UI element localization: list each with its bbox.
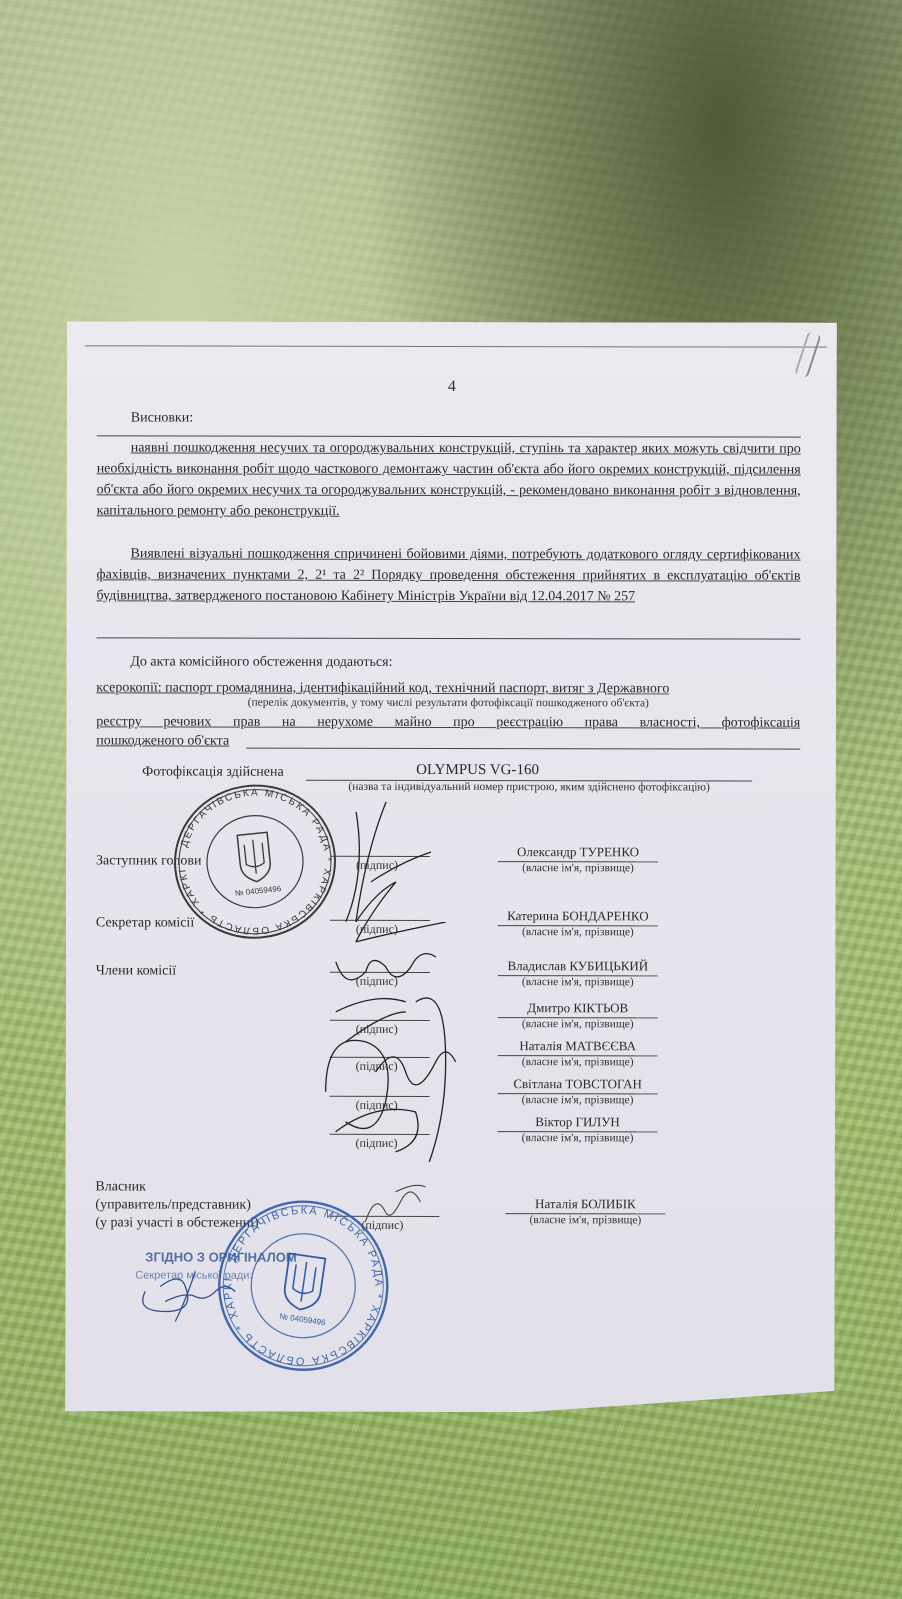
signatory-name: Катерина БОНДАРЕНКО: [498, 908, 658, 926]
signature-line: [330, 972, 430, 973]
svg-text:ДЕРГАЧІВСЬКА МІСЬКА РАДА * ХАР: ДЕРГАЧІВСЬКА МІСЬКА РАДА * ХАРКІВСЬКА ОБ…: [162, 773, 340, 944]
signatory-3: Дмитро КІКТЬОВ (власне ім'я, прізвище): [498, 1000, 658, 1030]
name-caption: (власне ім'я, прізвище): [498, 1056, 658, 1068]
name-caption: (власне ім'я, прізвище): [498, 976, 658, 988]
conclusions-heading: Висновки:: [131, 407, 193, 428]
svg-text:№ 04059496: № 04059496: [234, 884, 282, 898]
name-caption: (власне ім'я, прізвище): [498, 1132, 658, 1144]
signature-caption: (підпис): [356, 974, 398, 989]
svg-text:№ 04059496: № 04059496: [279, 1312, 327, 1328]
staple-icon: [794, 332, 821, 378]
signatory-name: Світлана ТОВСТОГАН: [498, 1076, 658, 1094]
signature-caption: (підпис): [356, 1022, 398, 1037]
signature-caption: (підпис): [356, 922, 398, 937]
signatory-5: Світлана ТОВСТОГАН (власне ім'я, прізвищ…: [498, 1076, 658, 1106]
signatory-0: Олександр ТУРЕНКО (власне ім'я, прізвище…: [498, 844, 658, 874]
photo-device: OLYMPUS VG-160: [416, 760, 539, 781]
name-caption: (власне ім'я, прізвище): [505, 1214, 665, 1226]
conclusions-paragraph-2: Виявлені візуальні пошкодження спричинен…: [96, 543, 800, 607]
official-stamp-black: ДЕРГАЧІВСЬКА МІСЬКА РАДА * ХАРКІВСЬКА ОБ…: [162, 773, 348, 950]
signature-caption: (підпис): [356, 1098, 398, 1113]
owner-name: Наталія БОЛИБІК: [505, 1196, 665, 1214]
document-page: 4 Висновки: наявні пошкодження несучих т…: [65, 321, 837, 1412]
signatory-4: Наталія МАТВЄЄВА (власне ім'я, прізвище): [498, 1038, 658, 1068]
signature-line: [330, 1134, 430, 1135]
signature-caption: (підпис): [356, 1136, 398, 1151]
attachments-heading: До акта комісійного обстеження додаються…: [130, 651, 392, 672]
divider: [246, 748, 800, 750]
photo-caption: (назва та індивідуальний номер пристрою,…: [306, 781, 752, 794]
signatory-name: Віктор ГИЛУН: [498, 1114, 658, 1132]
attachments-line-3: пошкодженого об'єкта: [96, 730, 229, 751]
svg-text:ДЕРГАЧІВСЬКА МІСЬКА РАДА * ХАР: ДЕРГАЧІВСЬКА МІСЬКА РАДА * ХАРКІВСЬКА ОБ…: [204, 1186, 398, 1377]
signatory-1: Катерина БОНДАРЕНКО (власне ім'я, прізви…: [498, 908, 658, 938]
owner-signatory: Наталія БОЛИБІК (власне ім'я, прізвище): [505, 1196, 665, 1226]
signatory-name: Наталія МАТВЄЄВА: [498, 1038, 658, 1056]
signatory-6: Віктор ГИЛУН (власне ім'я, прізвище): [498, 1114, 658, 1144]
name-caption: (власне ім'я, прізвище): [498, 862, 658, 874]
divider: [96, 637, 800, 639]
signatory-name: Дмитро КІКТЬОВ: [498, 1000, 658, 1018]
signature-line: [330, 1096, 430, 1097]
owner-role-line-1: Власник: [95, 1179, 146, 1195]
signature-line: [330, 856, 430, 857]
page-number: 4: [67, 377, 837, 396]
attachments-caption: (перелік документів, у тому числі резуль…: [96, 696, 800, 709]
conclusions-paragraph-1: наявні пошкодження несучих та огороджува…: [97, 437, 801, 522]
signatory-name: Олександр ТУРЕНКО: [498, 844, 658, 862]
header-rule: [85, 345, 827, 347]
role-members: Члени комісії: [96, 963, 176, 979]
signatory-2: Владислав КУБИЦЬКИЙ (власне ім'я, прізви…: [498, 958, 658, 988]
official-stamp-blue: ДЕРГАЧІВСЬКА МІСЬКА РАДА * ХАРКІВСЬКА ОБ…: [204, 1186, 403, 1385]
name-caption: (власне ім'я, прізвище): [498, 1018, 658, 1030]
signature-line: [330, 1020, 430, 1021]
signature-line: [330, 1057, 430, 1058]
name-caption: (власне ім'я, прізвище): [498, 1094, 658, 1106]
signatory-name: Владислав КУБИЦЬКИЙ: [498, 958, 658, 976]
name-caption: (власне ім'я, прізвище): [498, 926, 658, 938]
signature-caption: (підпис): [356, 858, 398, 873]
signature-caption: (підпис): [356, 1059, 398, 1074]
